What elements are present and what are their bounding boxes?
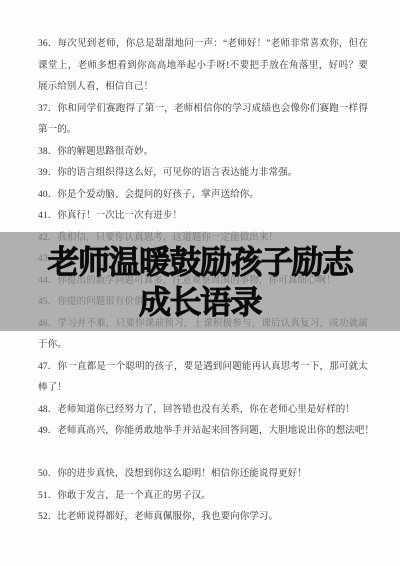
quote-line-36: 36．每次见到老师，你总是甜甜地问一声：“老师好！”老师非常喜欢你，但在 <box>38 34 368 56</box>
quote-line-50: 50．你的进步真快，没想到你这么聪明！相信你还能说得更好！ <box>38 464 368 486</box>
overlay-title-line2: 成长语录 <box>139 282 261 322</box>
quote-line-47: 棒了！ <box>38 378 368 400</box>
title-overlay-band: 老师温暖鼓励孩子励志 成长语录 <box>0 232 400 331</box>
quote-line-37: 37．你和同学们赛跑得了第一，老师相信你的学习成绩也会像你们赛跑一样得 <box>38 99 368 121</box>
quote-line-41: 41．你真行！一次比一次有进步！ <box>38 206 368 228</box>
quote-line-37: 第一的。 <box>38 120 368 142</box>
quote-line-36: 展示给别人看，相信自己！ <box>38 77 368 99</box>
quote-line-47: 47．你一直都是一个聪明的孩子，要是遇到问题能再认真思考一下，那可就太 <box>38 357 368 379</box>
quote-line-52: 52．比老师说得都好，老师真佩服你，我也要向你学习。 <box>38 507 368 529</box>
quote-line-36: 课堂上，老师多想看到你高高地举起小手呀!不要把手放在角落里，好吗？要 <box>38 56 368 78</box>
overlay-title-line1: 老师温暖鼓励孩子励志 <box>47 242 352 282</box>
quote-line-51: 51．你敢于发言，是一个真正的男子汉。 <box>38 486 368 508</box>
spacer-line <box>38 443 368 465</box>
quote-line-40: 40．你是个爱动脑、会提问的好孩子，掌声送给你。 <box>38 185 368 207</box>
quote-line-49: 49．老师真高兴，你能勇敢地举手并站起来回答问题，大胆地说出你的想法吧！ <box>38 421 368 443</box>
quote-line-38: 38．你的解题思路很奇妙。 <box>38 142 368 164</box>
document-page: 36．每次见到老师，你总是甜甜地问一声：“老师好！”老师非常喜欢你，但在课堂上，… <box>0 0 400 566</box>
quote-line-48: 48．老师知道你已经努力了，回答错也没有关系，你在老师心里是好样的！ <box>38 400 368 422</box>
quote-line-46: 于你。 <box>38 335 368 357</box>
quote-line-39: 39．你的语言组织得这么好，可见你的语言表达能力非常强。 <box>38 163 368 185</box>
